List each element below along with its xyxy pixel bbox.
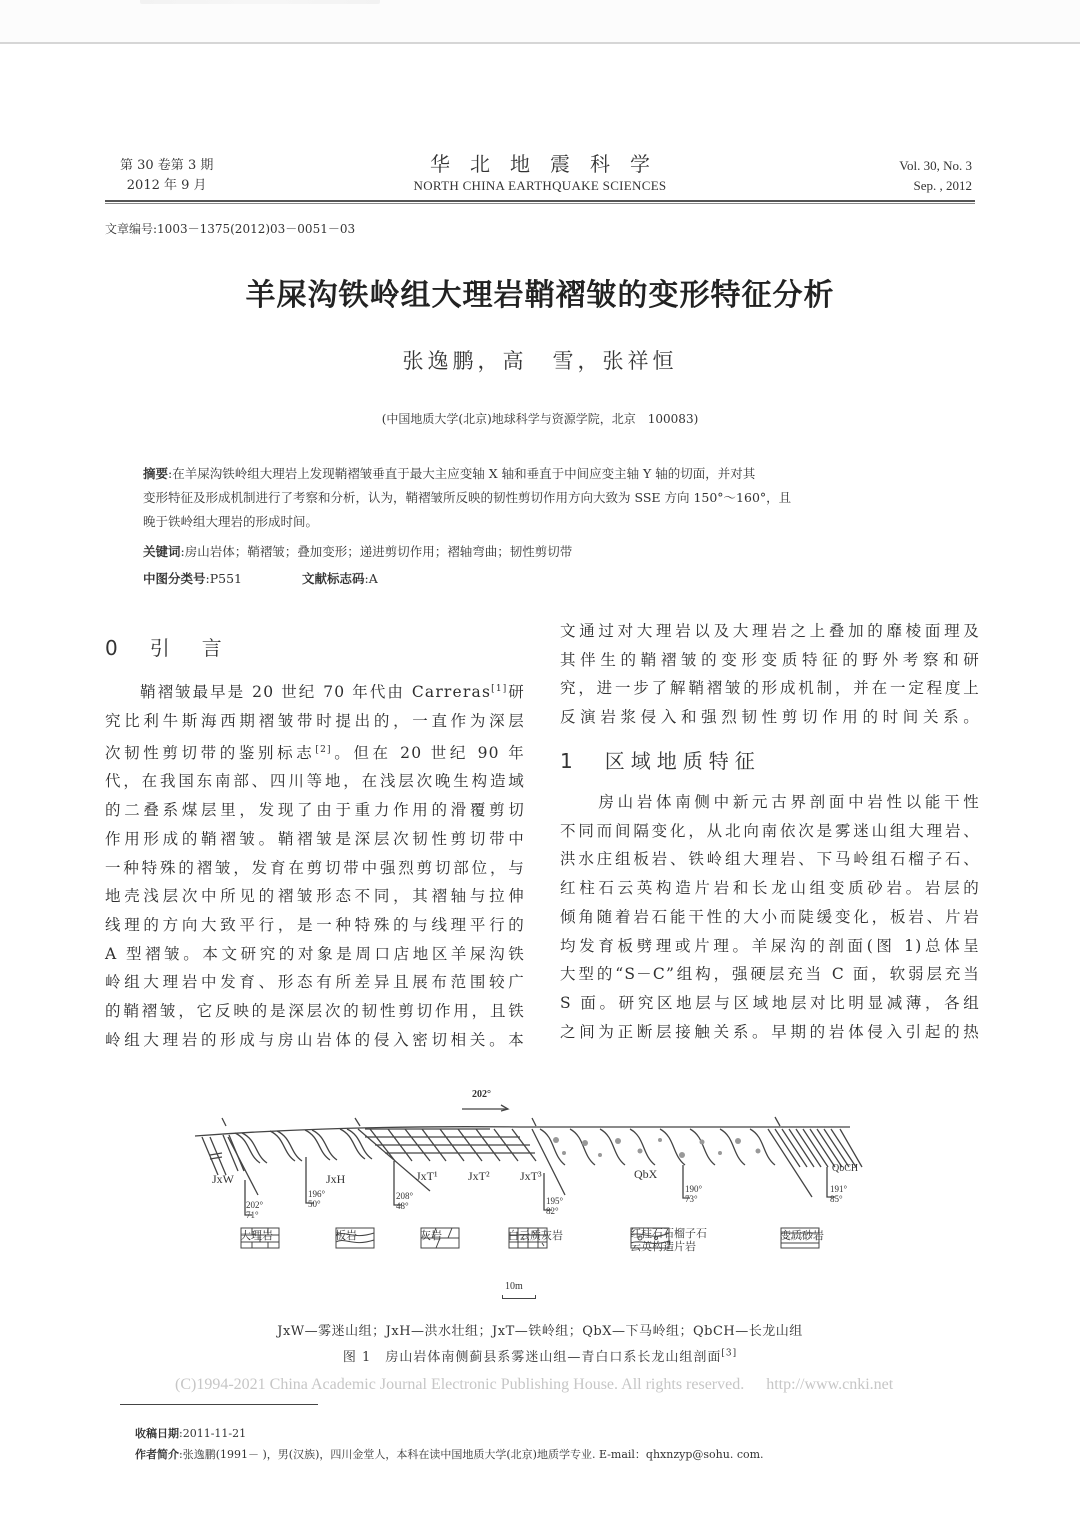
clc-label: 中图分类号 xyxy=(143,571,206,586)
body-line: 倾角随着岩石能干性的大小而陡缓变化，板岩、片岩 xyxy=(560,903,980,932)
abstract-label: 摘要 xyxy=(143,466,168,481)
body-line: 究比利牛斯海西期褶皱带时提出的，一直作为深层 xyxy=(105,707,525,736)
doc-code-label: 文献标志码 xyxy=(302,571,365,586)
unit-label-qbx: QbX xyxy=(634,1167,657,1182)
section-heading-regional: 1 区域地质特征 xyxy=(560,745,761,774)
figure-abbreviations: JxW—雾迷山组；JxH—洪水壮组；JxT—铁岭组；QbX—下马岭组；QbCH—… xyxy=(0,1320,1080,1339)
metasandstone-pattern-icon xyxy=(780,1227,820,1249)
shear-direction-label: 202° xyxy=(472,1089,491,1100)
authors: 张逸鹏，高 雪，张祥恒 xyxy=(0,345,1080,375)
author-bio: 作者简介:张逸鹏(1991－ )，男(汉族)，四川金堂人，本科在读中国地质大学(… xyxy=(135,1446,764,1462)
body-line: 的二叠系煤层里，发现了由于重力作用的滑覆剪切 xyxy=(105,796,525,825)
cnki-link[interactable]: http://www.cnki.net xyxy=(766,1376,893,1393)
received-date: 收稿日期:2011-11-21 xyxy=(135,1425,246,1441)
legend-schist: 红柱石石榴子石云英构造片岩 xyxy=(630,1227,707,1253)
body-line: 之间为正断层接触关系。早期的岩体侵入引起的热 xyxy=(560,1018,980,1047)
right-column-intro: 文通过对大理岩以及大理岩之上叠加的靡棱面理及 其伴生的鞘褶皱的变形变质特征的野外… xyxy=(560,617,980,732)
marble-pattern-icon xyxy=(240,1227,280,1249)
keywords: 关键词:房山岩体；鞘褶皱；叠加变形；递进剪切作用；褶轴弯曲；韧性剪切带 xyxy=(143,542,572,560)
body-line: 地壳浅层次中所见的褶皱形态不同，其褶轴与拉伸 xyxy=(105,882,525,911)
volume-label-en: Vol. 30, No. 3 xyxy=(899,156,972,176)
figure-legend: 大理岩 板岩 灰岩 白云质灰岩 红柱石石榴子石云英构造片岩 变质砂岩 xyxy=(240,1227,900,1257)
attitude-6: 191°85° xyxy=(830,1184,847,1204)
citation-ref[interactable]: [2] xyxy=(315,745,331,755)
schist-pattern-icon xyxy=(630,1227,670,1249)
body-line: 红柱石云英构造片岩和长龙山组变质砂岩。岩层的 xyxy=(560,874,980,903)
limestone-pattern-icon xyxy=(420,1227,460,1249)
section-heading-intro: 0 引 言 xyxy=(105,632,228,661)
citation-ref[interactable]: [1] xyxy=(491,684,507,694)
body-line: S 面。研究区地层与区域地层对比明显减薄，各组 xyxy=(560,989,980,1018)
attitude-5: 190°73° xyxy=(685,1184,702,1204)
body-line: 的鞘褶皱，它反映的是深层次的韧性剪切作用，且铁 xyxy=(105,997,525,1026)
date-label-en: Sep. , 2012 xyxy=(899,176,972,196)
unit-label-qbch: QbCH xyxy=(832,1163,858,1174)
affiliation: (中国地质大学(北京)地球科学与资源学院，北京 100083) xyxy=(0,410,1080,427)
keywords-value: 房山岩体；鞘褶皱；叠加变形；递进剪切作用；褶轴弯曲；韧性剪切带 xyxy=(185,544,573,559)
figure-caption: 图 1 房山岩体南侧蓟县系雾迷山组—青白口系长龙山组剖面[3] xyxy=(0,1346,1080,1365)
header-divider xyxy=(105,200,975,204)
body-line: 洪水庄组板岩、铁岭组大理岩、下马岭组石榴子石、 xyxy=(560,845,980,874)
body-line: 作用形成的鞘褶皱。鞘褶皱是深层次韧性剪切带中 xyxy=(105,825,525,854)
copyright-watermark: (C)1994-2021 China Academic Journal Elec… xyxy=(175,1376,893,1394)
legend-slate: 板岩 xyxy=(335,1227,357,1243)
unit-label-jxt1: JxT¹ xyxy=(416,1169,438,1184)
journal-name-cn: 华北地震科学 xyxy=(105,150,975,178)
scale-label: 10m xyxy=(505,1281,523,1292)
paper-title: 羊屎沟铁岭组大理岩鞘褶皱的变形特征分析 xyxy=(0,270,1080,314)
attitude-1: 202°71° xyxy=(246,1200,263,1220)
footnote-divider xyxy=(120,1404,318,1405)
body-line: A 型褶皱。本文研究的对象是周口店地区羊屎沟铁 xyxy=(105,940,525,969)
body-line: 代，在我国东南部、四川等地，在浅层次晚生构造域 xyxy=(105,767,525,796)
body-line: 岭组大理岩中发育、形态有所差异且展布范围较广 xyxy=(105,968,525,997)
abstract: 摘要:在羊屎沟铁岭组大理岩上发现鞘褶皱垂直于最大主应变轴 X 轴和垂直于中间应变… xyxy=(143,462,943,534)
journal-name-en: NORTH CHINA EARTHQUAKE SCIENCES xyxy=(105,178,975,194)
unit-label-jxw: JxW xyxy=(212,1172,234,1187)
dolomitic-limestone-pattern-icon xyxy=(508,1227,548,1249)
faded-header-text xyxy=(140,0,380,4)
article-number: 文章编号:1003－1375(2012)03－0051－03 xyxy=(105,220,355,237)
body-line: 均发育板劈理或片理。羊屎沟的剖面(图 1)总体呈 xyxy=(560,932,980,961)
body-line: 其伴生的鞘褶皱的变形变质特征的野外考察和研 xyxy=(560,646,980,675)
cross-section-drawing xyxy=(190,1085,890,1225)
left-column-body: 鞘褶皱最早是 20 世纪 70 年代由 Carreras[1]研 究比利牛斯海西… xyxy=(105,675,525,1054)
attitude-4: 195°82° xyxy=(546,1196,563,1216)
classification: 中图分类号:P551 文献标志码:A xyxy=(143,569,378,587)
abstract-line: 在羊屎沟铁岭组大理岩上发现鞘褶皱垂直于最大主应变轴 X 轴和垂直于中间应变主轴 … xyxy=(172,466,755,481)
body-line: 一种特殊的褶皱，发育在剪切带中强烈剪切部位，与 xyxy=(105,854,525,883)
abstract-line: 晚于铁岭组大理岩的形成时间。 xyxy=(143,510,943,534)
citation-ref[interactable]: [3] xyxy=(721,1349,737,1359)
body-line: 究，进一步了解鞘褶皱的形成机制，并在一定程度上 xyxy=(560,674,980,703)
journal-name: 华北地震科学 NORTH CHINA EARTHQUAKE SCIENCES xyxy=(105,150,975,194)
body-line: 房山岩体南侧中新元古界剖面中岩性以能干性 xyxy=(560,788,980,817)
right-column-regional: 房山岩体南侧中新元古界剖面中岩性以能干性 不同而间隔变化，从北向南依次是雾迷山组… xyxy=(560,788,980,1046)
unit-label-jxt2: JxT² xyxy=(468,1169,490,1184)
keywords-label: 关键词 xyxy=(143,544,181,559)
legend-marble: 大理岩 xyxy=(240,1227,273,1243)
abstract-line: 变形特征及形成机制进行了考察和分析，认为，鞘褶皱所反映的韧性剪切作用方向大致为 … xyxy=(143,486,943,510)
clc-value: P551 xyxy=(210,571,242,586)
body-line: 线理的方向大致平行，是一种特殊的与线理平行的 xyxy=(105,911,525,940)
body-line: 文通过对大理岩以及大理岩之上叠加的靡棱面理及 xyxy=(560,617,980,646)
attitude-2: 196°50° xyxy=(308,1189,325,1209)
figure-cross-section: 202° JxW JxH JxT¹ JxT² JxT³ QbX QbCH 202… xyxy=(190,1085,890,1305)
body-line: 岭组大理岩的形成与房山岩体的侵入密切相关。本 xyxy=(105,1026,525,1055)
attitude-3: 208°48° xyxy=(396,1191,413,1211)
body-line: 鞘褶皱最早是 20 世纪 70 年代由 Carreras[1]研 xyxy=(105,675,525,707)
body-line: 反演岩浆侵入和强烈韧性剪切作用的时间关系。 xyxy=(560,703,980,732)
body-line: 不同而间隔变化，从北向南依次是雾迷山组大理岩、 xyxy=(560,817,980,846)
doc-code-value: A xyxy=(369,571,378,586)
legend-metasandstone: 变质砂岩 xyxy=(780,1227,824,1243)
scale-bar xyxy=(502,1295,536,1299)
running-head: 第 30 卷第 3 期 2012 年 9 月 华北地震科学 NORTH CHIN… xyxy=(105,150,975,202)
legend-limestone: 灰岩 xyxy=(420,1227,442,1243)
body-line: 次韧性剪切带的鉴别标志[2]。但在 20 世纪 90 年 xyxy=(105,736,525,768)
unit-label-jxt3: JxT³ xyxy=(520,1169,542,1184)
volume-issue-en: Vol. 30, No. 3 Sep. , 2012 xyxy=(899,156,972,196)
viewer-top-bar xyxy=(0,0,1080,44)
unit-label-jxh: JxH xyxy=(326,1172,345,1187)
legend-dolomitic-limestone: 白云质灰岩 xyxy=(508,1227,563,1243)
body-line: 大型的“S－C”组构，强硬层充当 C 面，软弱层充当 xyxy=(560,960,980,989)
slate-pattern-icon xyxy=(335,1227,375,1249)
